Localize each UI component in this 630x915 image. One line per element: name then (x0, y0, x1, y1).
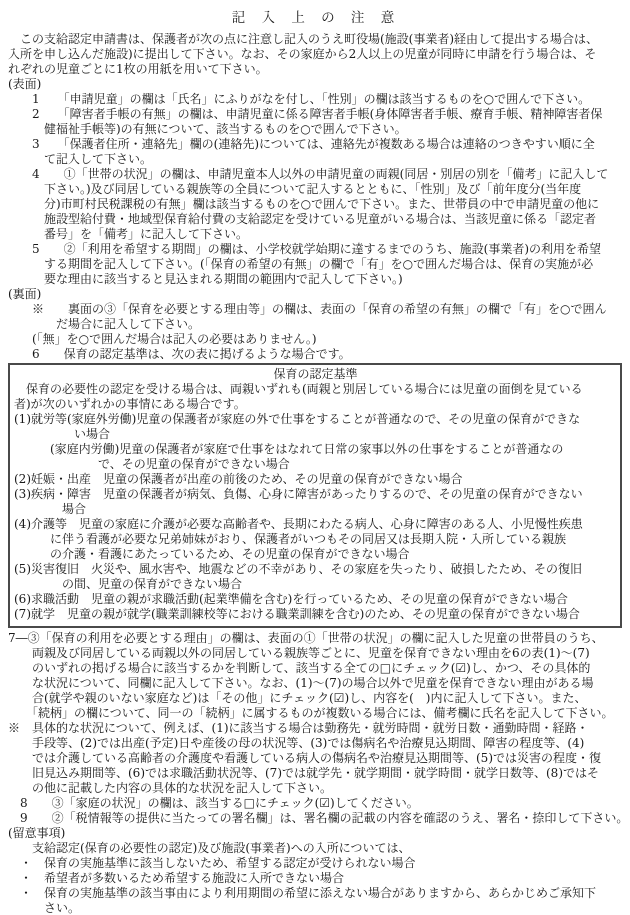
text-line: のいずれの掲げる場合に該当するかを判断して、該当する全ての□にチェック(☑)し、… (8, 661, 624, 676)
back-section: ※ 裏面の③「保育を必要とする理由等」の欄は、表面の「保育の希望の有無」の欄で「… (8, 302, 624, 362)
text-line: (5)災害復旧 火災や、風水害や、地震などの不幸があり、その家庭を失ったり、破損… (14, 562, 617, 577)
text-line: 施設型給付費・地域型保育給付費の支給認定を受けている児童がいる場合は、当該児童に… (8, 212, 624, 227)
text-line: ・ 保育の実施基準の該当事由により利用期間の希望に添えない場合がありますから、あ… (8, 886, 624, 901)
text-line: だ場合に記入して下さい。 (8, 317, 624, 332)
text-line: 分)市町村民税課税の有無」欄は該当するものを○で囲んで下さい。また、世帯員の中で… (8, 197, 624, 212)
text-line: (「無」を○で囲んだ場合は記入の必要はありません。) (8, 332, 624, 347)
text-line: に伴う看護が必要な兄弟姉妹がおり、保護者がいつもその同居又は長期入院・入所してい… (14, 532, 617, 547)
text-line: (4)介護等 児童の家庭に介護が必要な高齢者や、長期にわたる病人、心身に障害のあ… (14, 517, 617, 532)
text-line: 場合 (14, 502, 617, 517)
text-line: (家庭内労働)児童の保護者が家庭で仕事をはなれて日常の家事以外の仕事をすることが… (14, 442, 617, 457)
front-section: 1 「申請児童」の欄は「氏名」にふりがなを付し、「性別」の欄は該当するものを○で… (8, 92, 624, 287)
text-line: では介護している高齢者の介護度や看護している病人の傷病名や治療見込期間等、(5)… (8, 751, 624, 766)
text-line: 3 「保護者住所・連絡先」欄の(連絡先)については、連絡先が複数ある場合は連絡の… (8, 137, 624, 152)
criteria-box-body: 保育の必要性の認定を受ける場合は、両親いずれも(両親と別居している場合には児童の… (14, 382, 617, 622)
text-line: 旧見込み期間等、(6)では求職活動状況等、(7)では就学先・就学期間・就学時間・… (8, 766, 624, 781)
childcare-criteria-box: 保育の認定基準 保育の必要性の認定を受ける場合は、両親いずれも(両親と別居してい… (8, 363, 622, 628)
text-line: 支給認定(保育の必要性の認定)及び施設(事業者)への入所については、 (8, 841, 624, 856)
text-line: 番号」を「備考」に記入して下さい。 (8, 227, 624, 242)
text-line: れぞれの児童ごとに1枚の用紙を用いて下さい。 (8, 62, 624, 77)
text-line: 保育の必要性の認定を受ける場合は、両親いずれも(両親と別居している場合には児童の… (14, 382, 617, 397)
text-line: 両親及び同居している両親以外の同居している親族等ごとに、児童を保育できない理由を… (8, 646, 624, 661)
text-line: い場合 (14, 427, 617, 442)
intro-paragraph: この支給認定申請書は、保護者が次の点に注意し記入のうえ町役場(施設(事業者)経由… (8, 32, 624, 77)
text-line: 者)が次のいずれかの事情にある場合です。 (14, 397, 617, 412)
text-line: (2)妊娠・出産 児童の保護者が出産の前後のため、その児童の保育ができない場合 (14, 472, 617, 487)
text-line: (1)就労等(家庭外労働)児童の保護者が家庭の外で仕事をすることが普通なので、そ… (14, 412, 617, 427)
text-line: 2 「障害者手帳の有無」の欄は、申請児童に係る障害者手帳(身体障害者手帳、療育手… (8, 107, 624, 122)
text-line: 合(就学や親のいない家庭など)は「その他」にチェック(☑)し、内容を( )内に記… (8, 691, 624, 706)
text-line: 要な理由に該当すると見込まれる期間の範囲内で記入して下さい。) (8, 272, 624, 287)
text-line: の介護・看護にあたっているため、その児童の保育ができない場合 (14, 547, 617, 562)
text-line: さい。 (8, 901, 624, 915)
text-line: (6)求職活動 児童の親が求職活動(起業準備を含む)を行っているため、その児童の… (14, 592, 617, 607)
text-line: の間、児童の保育ができない場合 (14, 577, 617, 592)
text-line: 1 「申請児童」の欄は「氏名」にふりがなを付し、「性別」の欄は該当するものを○で… (8, 92, 624, 107)
text-line: 「続柄」の欄について、同一の「続柄」に属するものが複数いる場合には、備考欄に氏名… (8, 706, 624, 721)
notes-section-label: (留意事項) (8, 826, 624, 841)
text-line: ・ 保育の実施基準に該当しないため、希望する認定が受けられない場合 (8, 856, 624, 871)
text-line: で、その児童の保育ができない場合 (14, 457, 617, 472)
text-line: 下さい。)及び同居している親族等の全員について記入するとともに、「性別」及び「前… (8, 182, 624, 197)
notes-section: 支給認定(保育の必要性の認定)及び施設(事業者)への入所については、 ・ 保育の… (8, 841, 624, 915)
document-page: 記 入 上 の 注 意 この支給認定申請書は、保護者が次の点に注意し記入のうえ町… (0, 0, 630, 915)
text-line: な状況について、同欄に記入して下さい。なお、(1)～(7)の場合以外で児童を保育… (8, 676, 624, 691)
text-line: この支給認定申請書は、保護者が次の点に注意し記入のうえ町役場(施設(事業者)経由… (8, 32, 624, 47)
text-line: 入所を申し込んだ施設)に提出して下さい。なお、その家庭から2人以上の児童が同時に… (8, 47, 624, 62)
text-line: 8 ③「家庭の状況」の欄は、該当する□にチェック(☑)してください。 (8, 796, 624, 811)
text-line: の他に記載した内容の具体的な状況を記入して下さい。 (8, 781, 624, 796)
text-line: 4 ①「世帯の状況」の欄は、申請児童本人以外の申請児童の両親(同居・別居の別を「… (8, 167, 624, 182)
text-line: ・ 希望者が多数いるため希望する施設に入所できない場合 (8, 871, 624, 886)
text-line: 9 ②「税情報等の提供に当たっての署名欄」は、署名欄の記載の内容を確認のうえ、署… (8, 811, 624, 826)
text-line: ※ 具体的な状況について、例えば、(1)に該当する場合は勤務先・就労時間・就労日… (8, 721, 624, 736)
back-section-label: (裏面) (8, 287, 624, 302)
text-line: (3)疾病・障害 児童の保護者が病気、負傷、心身に障害があったりするので、その児… (14, 487, 617, 502)
text-line: 7―③「保育の利用を必要とする理由」の欄は、表面の①「世帯の状況」の欄に記入した… (8, 631, 624, 646)
text-line: (7)就学 児童の親が就学(職業訓練校等における職業訓練を含む)のため、その児童… (14, 607, 617, 622)
text-line: 健福祉手帳等)の有無について、該当するものを○で囲んで下さい。 (8, 122, 624, 137)
text-line: 5 ②「利用を希望する期間」の欄は、小学校就学始期に達するまでのうち、施設(事業… (8, 242, 624, 257)
text-line: て記入して下さい。 (8, 152, 624, 167)
criteria-box-heading: 保育の認定基準 (14, 367, 617, 382)
text-line: する期間を記入して下さい。(「保育の希望の有無」の欄で「有」を○で囲んだ場合は、… (8, 257, 624, 272)
text-line: 手段等、(2)では出産(予定)日や産後の母の状況等、(3)では傷病名や治療見込期… (8, 736, 624, 751)
text-line: ※ 裏面の③「保育を必要とする理由等」の欄は、表面の「保育の希望の有無」の欄で「… (8, 302, 624, 317)
text-line: 6 保育の認定基準は、次の表に掲げるような場合です。 (8, 347, 624, 362)
front-section-label: (表面) (8, 77, 624, 92)
reason-section: 7―③「保育の利用を必要とする理由」の欄は、表面の①「世帯の状況」の欄に記入した… (8, 631, 624, 826)
page-title: 記 入 上 の 注 意 (8, 8, 624, 28)
